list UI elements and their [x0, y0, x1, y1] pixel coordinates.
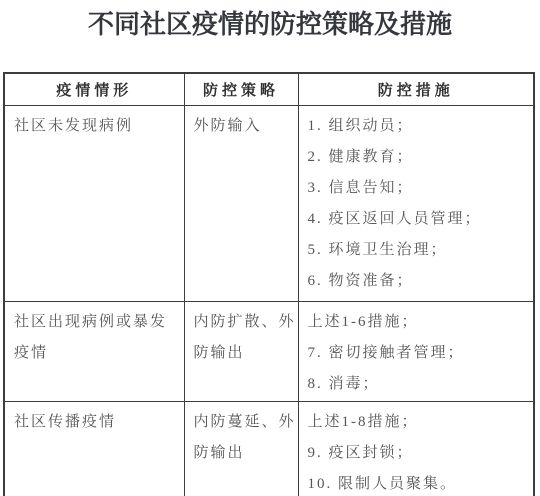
- table-header-row: 疫情情形 防控策略 防控措施: [4, 73, 534, 106]
- measure-item: 8. 消毒；: [308, 369, 532, 400]
- header-control-measures: 防控措施: [298, 73, 534, 106]
- measure-item: 6. 物资准备；: [308, 266, 532, 297]
- measure-item: 9. 疫区封锁；: [308, 438, 532, 469]
- header-control-strategy: 防控策略: [184, 73, 298, 106]
- measures-cell: 上述1-8措施； 9. 疫区封锁； 10. 限制人员聚集。: [298, 402, 534, 496]
- measure-item: 10. 限制人员聚集。: [308, 469, 532, 496]
- measure-item: 1. 组织动员；: [308, 111, 532, 142]
- table-row: 社区传播疫情 内防蔓延、外防输出 上述1-8措施； 9. 疫区封锁； 10. 限…: [4, 402, 534, 496]
- table-row: 社区未发现病例 外防输入 1. 组织动员； 2. 健康教育； 3. 信息告知； …: [4, 106, 534, 302]
- strategy-cell: 内防蔓延、外防输出: [184, 402, 298, 496]
- situation-cell: 社区传播疫情: [4, 402, 184, 496]
- measures-cell: 1. 组织动员； 2. 健康教育； 3. 信息告知； 4. 疫区返回人员管理； …: [298, 106, 534, 302]
- epidemic-control-table: 疫情情形 防控策略 防控措施 社区未发现病例 外防输入 1. 组织动员； 2. …: [3, 72, 535, 496]
- header-epidemic-situation: 疫情情形: [4, 73, 184, 106]
- measure-item: 上述1-8措施；: [308, 407, 532, 438]
- measure-item: 2. 健康教育；: [308, 142, 532, 173]
- table-row: 社区出现病例或暴发疫情 内防扩散、外防输出 上述1-6措施； 7. 密切接触者管…: [4, 302, 534, 402]
- measures-cell: 上述1-6措施； 7. 密切接触者管理； 8. 消毒；: [298, 302, 534, 402]
- situation-cell: 社区未发现病例: [4, 106, 184, 302]
- strategy-cell: 外防输入: [184, 106, 298, 302]
- strategy-cell: 内防扩散、外防输出: [184, 302, 298, 402]
- measure-item: 5. 环境卫生治理；: [308, 235, 532, 266]
- measure-item: 3. 信息告知；: [308, 173, 532, 204]
- situation-cell: 社区出现病例或暴发疫情: [4, 302, 184, 402]
- measure-item: 7. 密切接触者管理；: [308, 338, 532, 369]
- page-title: 不同社区疫情的防控策略及措施: [0, 6, 540, 42]
- measure-item: 上述1-6措施；: [308, 307, 532, 338]
- page: 不同社区疫情的防控策略及措施 疫情情形 防控策略 防控措施 社区未发现病例 外防…: [0, 0, 540, 496]
- measure-item: 4. 疫区返回人员管理；: [308, 204, 532, 235]
